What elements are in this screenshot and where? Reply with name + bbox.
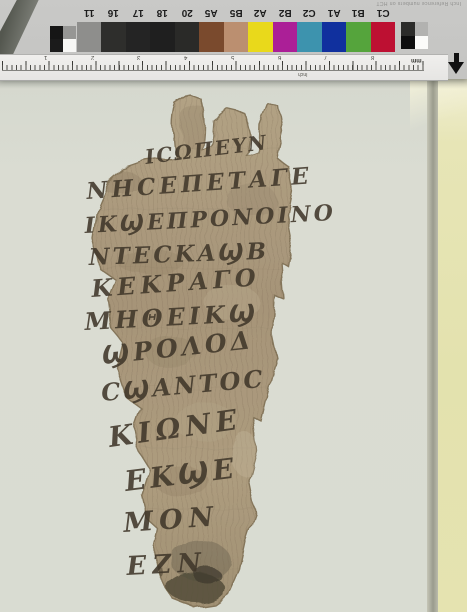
papyrus-text-line: ΕΖΝ [125,548,208,582]
papyrus-fragment: ΙCΩΠΕΥΝΝΗCΕΠΕΤΑΓΕΙΚϢΕΠΡΟΝΟΙΝΟΝΤΕCΚΑϢΒΚΕΚ… [0,0,467,612]
